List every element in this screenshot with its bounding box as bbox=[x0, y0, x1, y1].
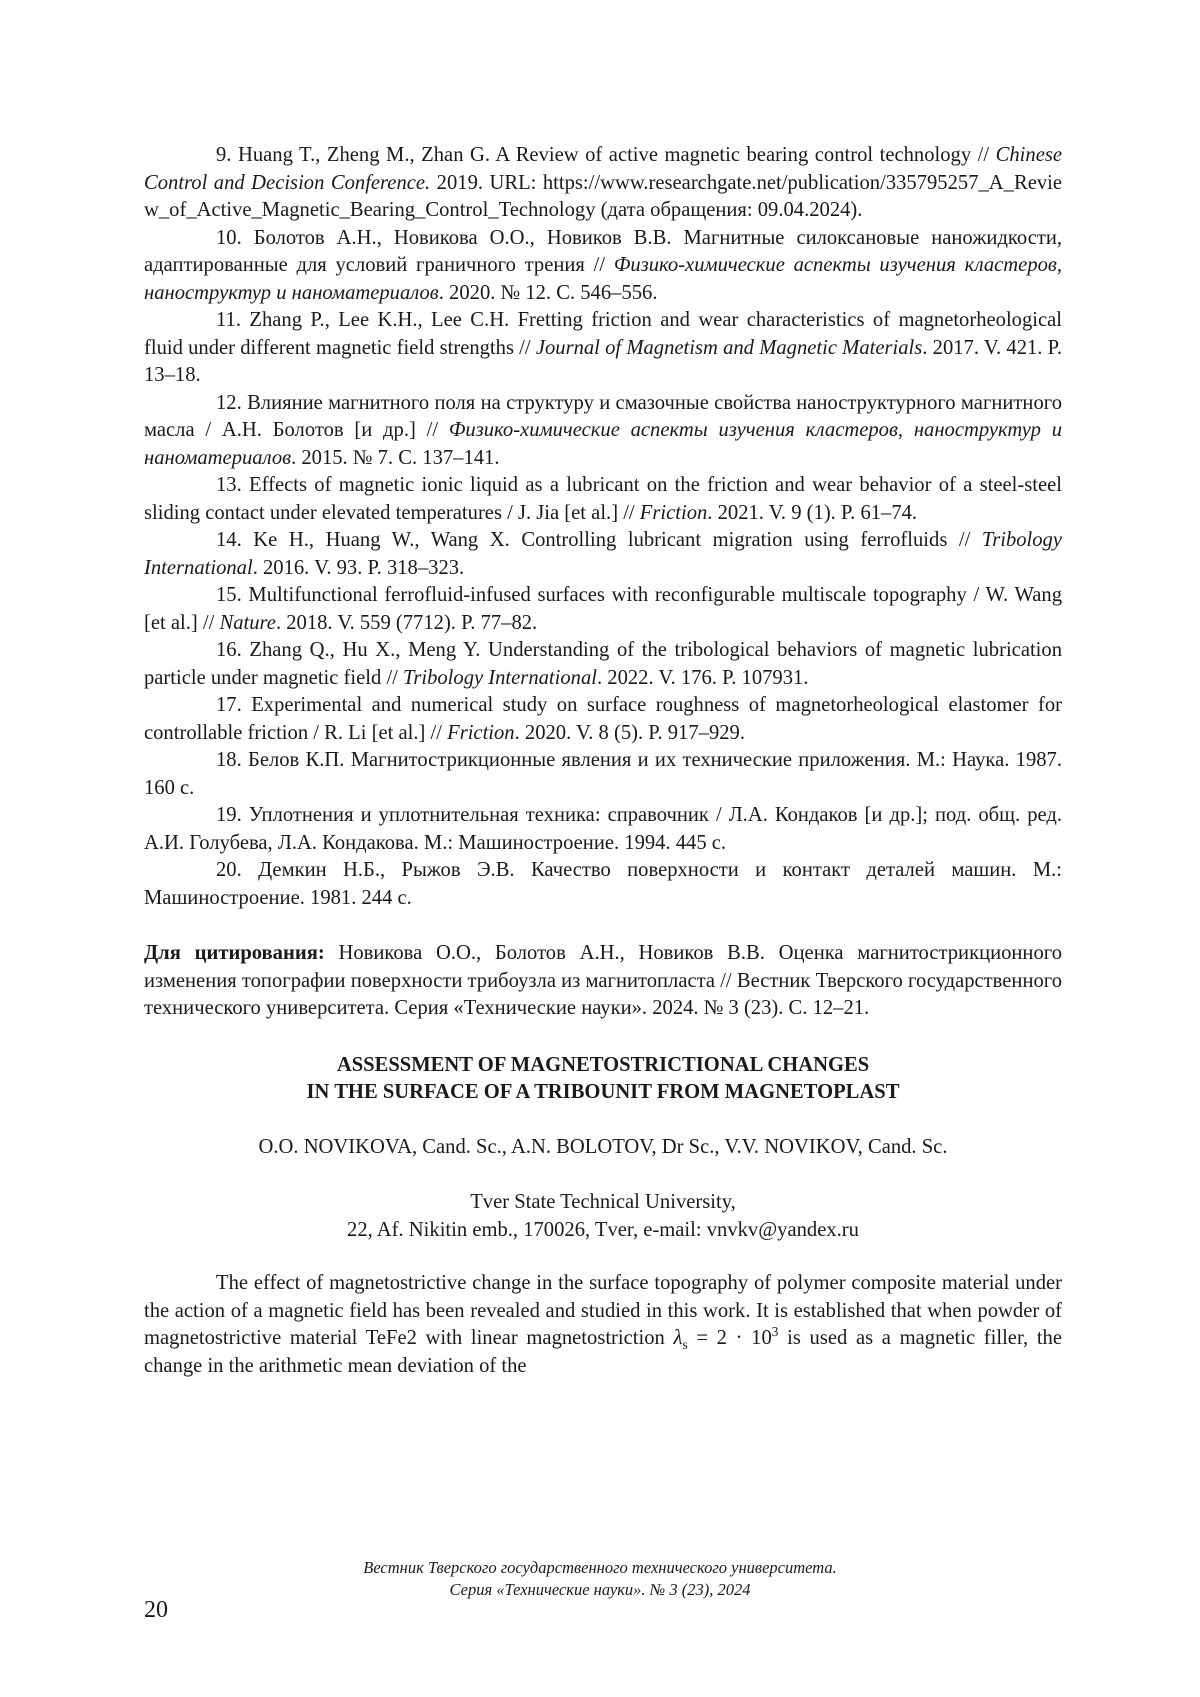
affiliation: Tver State Technical University, 22, Af.… bbox=[144, 1189, 1062, 1244]
citation-label: Для цитирования: bbox=[144, 942, 325, 964]
page-number: 20 bbox=[144, 1597, 168, 1624]
reference-list: 9. Huang T., Zheng M., Zhan G. A Review … bbox=[144, 142, 1062, 912]
reference-item: 13. Effects of magnetic ionic liquid as … bbox=[144, 472, 1062, 527]
reference-item: 11. Zhang P., Lee K.H., Lee C.H. Frettin… bbox=[144, 307, 1062, 390]
reference-item: 17. Experimental and numerical study on … bbox=[144, 692, 1062, 747]
journal-footer: Вестник Тверского государственного техни… bbox=[0, 1557, 1200, 1601]
abstract-paragraph: The effect of magnetostrictive change in… bbox=[144, 1270, 1062, 1380]
reference-item: 16. Zhang Q., Hu X., Meng Y. Understandi… bbox=[144, 637, 1062, 692]
reference-item: 9. Huang T., Zheng M., Zhan G. A Review … bbox=[144, 142, 1062, 225]
reference-item: 10. Болотов А.Н., Новикова О.О., Новиков… bbox=[144, 225, 1062, 308]
reference-item: 20. Демкин Н.Б., Рыжов Э.В. Качество пов… bbox=[144, 857, 1062, 912]
reference-item: 18. Белов К.П. Магнитострикционные явлен… bbox=[144, 747, 1062, 802]
reference-item: 12. Влияние магнитного поля на структуру… bbox=[144, 390, 1062, 473]
page-content: 9. Huang T., Zheng M., Zhan G. A Review … bbox=[144, 142, 1062, 1401]
affiliation-address: 22, Af. Nikitin emb., 170026, Tver, e-ma… bbox=[144, 1217, 1062, 1245]
reference-item: 19. Уплотнения и уплотнительная техника:… bbox=[144, 802, 1062, 857]
citation-block: Для цитирования: Новикова О.О., Болотов … bbox=[144, 940, 1062, 1023]
reference-item: 15. Multifunctional ferrofluid-infused s… bbox=[144, 582, 1062, 637]
authors-line: O.O. NOVIKOVA, Cand. Sc., A.N. BOLOTOV, … bbox=[144, 1134, 1062, 1162]
english-title: ASSESSMENT OF MAGNETOSTRICTIONAL CHANGES… bbox=[144, 1052, 1062, 1107]
reference-item: 14. Ke H., Huang W., Wang X. Controlling… bbox=[144, 527, 1062, 582]
